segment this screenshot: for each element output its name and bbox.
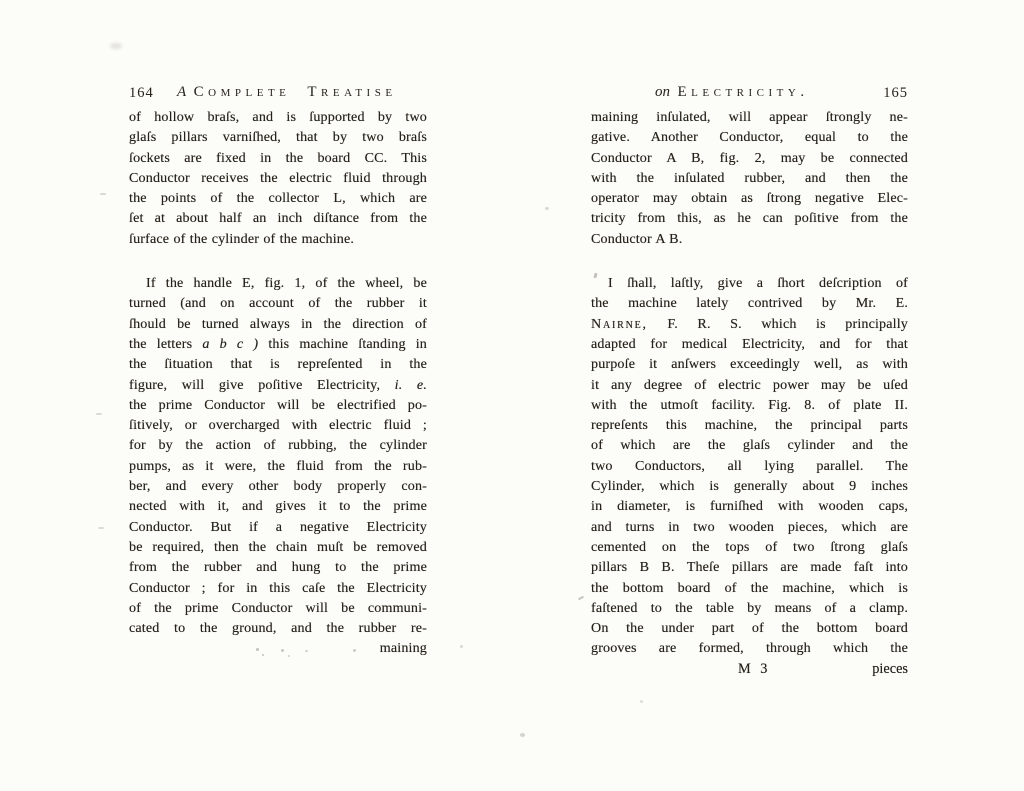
- right-page-header: on Electricity. 165: [591, 84, 908, 106]
- smallcaps-name: Nairne,: [591, 316, 648, 332]
- scan-speck: [640, 700, 643, 703]
- paragraph-gap: [591, 251, 908, 275]
- text-line: Conductor A B, fig. 2, may be connected: [591, 150, 908, 170]
- text-line: ſhould be turned always in the direction…: [129, 316, 427, 336]
- text-line: purpoſe it anſwers exceedingly well, as …: [591, 356, 908, 376]
- text-line: grooves are formed, through which the: [591, 640, 908, 660]
- text-line: faſtened to the table by means of a clam…: [591, 600, 908, 620]
- left-page-header: 164 A Complete Treatise: [129, 84, 427, 106]
- text-line: Conductor. But if a negative Electricity: [129, 519, 427, 539]
- text-line: pumps, as it were, the fluid from the ru…: [129, 458, 427, 478]
- text-line: If the handle E, fig. 1, of the wheel, b…: [129, 275, 427, 295]
- text-line: with the inſulated rubber, and then the: [591, 170, 908, 190]
- text-line: be required, then the chain muſt be remo…: [129, 539, 427, 559]
- text-line: and turns in two wooden pieces, which ar…: [591, 519, 908, 539]
- signature-mark: M 3: [738, 661, 770, 678]
- text-segment: F. R. S. which is principally: [648, 316, 908, 332]
- right-running-title: on Electricity.: [655, 84, 809, 101]
- text-line: tricity from this, as he can poſitive fr…: [591, 210, 908, 230]
- text-line: for by the action of rubbing, the cylind…: [129, 437, 427, 457]
- text-line: of hollow braſs, and is ſupported by two: [129, 109, 427, 129]
- text-line: with the utmoſt facility. Fig. 8. of pla…: [591, 397, 908, 417]
- text-line: the ſituation that is repreſented in the: [129, 356, 427, 376]
- text-line: figure, will give poſitive Electricity, …: [129, 377, 427, 397]
- text-line: in diameter, is furniſhed with wooden ca…: [591, 498, 908, 518]
- text-segment: the letters: [129, 336, 202, 352]
- italic-text: a b c ): [202, 336, 258, 352]
- text-line: the prime Conductor will be electrified …: [129, 397, 427, 417]
- text-line: maining inſulated, will appear ſtrongly …: [591, 109, 908, 129]
- text-line: Nairne, F. R. S. which is principally: [591, 316, 908, 336]
- text-line: maining: [129, 640, 427, 660]
- scan-smudge: [110, 43, 122, 49]
- text-line: ber, and every other body properly con-: [129, 478, 427, 498]
- left-page: 164 A Complete Treatise of hollow braſs,…: [129, 84, 427, 661]
- text-line: I ſhall, laſtly, give a ſhort deſcriptio…: [591, 275, 908, 295]
- text-line: glaſs pillars varniſhed, that by two bra…: [129, 129, 427, 149]
- text-line: ſet at about half an inch diſtance from …: [129, 210, 427, 230]
- scan-speck: [100, 193, 106, 195]
- scan-speck: [460, 645, 463, 648]
- text-line: the machine lately contrived by Mr. E.: [591, 295, 908, 315]
- scan-speck: [578, 596, 584, 601]
- text-segment: figure, will give poſitive Electricity,: [129, 377, 395, 393]
- text-line: the letters a b c ) this machine ſtandin…: [129, 336, 427, 356]
- book-scan: 164 A Complete Treatise of hollow braſs,…: [0, 0, 1024, 791]
- text-line: On the under part of the bottom board: [591, 620, 908, 640]
- text-line: the bottom board of the machine, which i…: [591, 580, 908, 600]
- text-line: two Conductors, all lying parallel. The: [591, 458, 908, 478]
- left-page-text: of hollow braſs, and is ſupported by two…: [129, 109, 427, 661]
- scan-speck: [96, 413, 102, 415]
- left-running-title: A Complete Treatise: [177, 84, 397, 101]
- running-title-text: Electricity.: [678, 84, 809, 100]
- text-line: pillars B B. Theſe pillars are made faſt…: [591, 559, 908, 579]
- text-line: Conductor A B.: [591, 231, 908, 251]
- italic-text: i. e.: [395, 377, 427, 393]
- scan-speck: [98, 527, 104, 529]
- running-title-article: A: [177, 84, 186, 100]
- running-title-preposition: on: [655, 84, 670, 100]
- text-line: cemented on the tops of two ſtrong glaſs: [591, 539, 908, 559]
- text-line: repreſents this machine, the principal p…: [591, 417, 908, 437]
- text-line: ſockets are fixed in the board CC. This: [129, 150, 427, 170]
- right-page-number: 165: [883, 85, 908, 102]
- right-page: on Electricity. 165 maining inſulated, w…: [591, 84, 908, 682]
- text-line: turned (and on account of the rubber it: [129, 295, 427, 315]
- text-line: nected with it, and gives it to the prim…: [129, 498, 427, 518]
- paragraph-gap: [129, 251, 427, 275]
- catchword: pieces: [872, 661, 908, 678]
- text-line: Cylinder, which is generally about 9 inc…: [591, 478, 908, 498]
- scan-speck: [545, 207, 549, 210]
- text-line: adapted for medical Electricity, and for…: [591, 336, 908, 356]
- right-page-text: maining inſulated, will appear ſtrongly …: [591, 109, 908, 661]
- text-line: of which are the glaſs cylinder and the: [591, 437, 908, 457]
- text-line: from the rubber and hung to the prime: [129, 559, 427, 579]
- text-line: operator may obtain as ſtrong negative E…: [591, 190, 908, 210]
- text-line: it any degree of electric power may be u…: [591, 377, 908, 397]
- text-line: cated to the ground, and the rubber re-: [129, 620, 427, 640]
- text-line: ſurface of the cylinder of the machine.: [129, 231, 427, 251]
- text-line: gative. Another Conductor, equal to the: [591, 129, 908, 149]
- left-page-number: 164: [129, 85, 154, 102]
- text-line: ſitively, or overcharged with electric f…: [129, 417, 427, 437]
- scan-speck: [520, 733, 525, 737]
- running-title-text: Complete Treatise: [194, 84, 397, 100]
- text-line: the points of the collector L, which are: [129, 190, 427, 210]
- text-line: of the prime Conductor will be communi-: [129, 600, 427, 620]
- text-segment: this machine ſtanding in: [258, 336, 427, 352]
- signature-line: M 3 pieces: [591, 661, 908, 682]
- text-line: Conductor receives the electric fluid th…: [129, 170, 427, 190]
- text-line: Conductor ; for in this caſe the Electri…: [129, 580, 427, 600]
